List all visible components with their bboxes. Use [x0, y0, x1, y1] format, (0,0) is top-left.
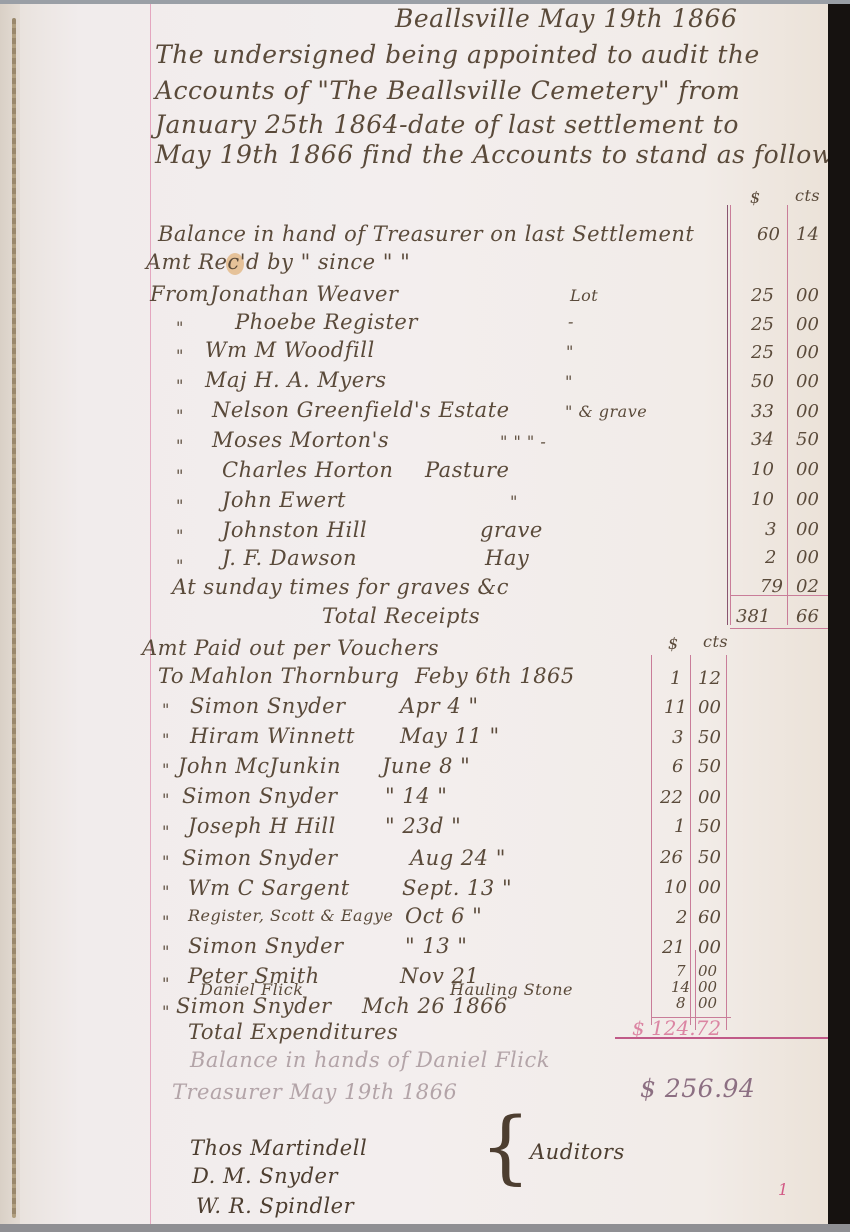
exp-name: Wm C Sargent	[188, 876, 350, 900]
receipt-cents: 00	[796, 314, 819, 335]
brace-icon: {	[480, 1100, 531, 1193]
receipt-note: "	[566, 342, 574, 361]
exp-date: June 8 "	[382, 754, 470, 778]
receipt-cents: 50	[796, 429, 819, 450]
exp-name: Register, Scott & Eagye	[188, 906, 393, 925]
place-date: Beallsville May 19th 1866	[395, 4, 737, 33]
intro-line-4: May 19th 1866 find the Accounts to stand…	[155, 140, 847, 169]
receipt-dollars: 3	[765, 519, 776, 540]
receipt-prefix: "	[176, 496, 184, 515]
exp-prefix: "	[162, 974, 170, 993]
exp-cents: 00	[698, 697, 721, 718]
exp-cents: 50	[698, 727, 721, 748]
receipt-name: Nelson Greenfield's Estate	[212, 398, 510, 422]
exp-date: Oct 6 "	[405, 904, 482, 928]
receipt-cents: 00	[796, 285, 819, 306]
exp-cents: 12	[698, 668, 721, 689]
exp-prefix: "	[162, 912, 170, 931]
receipts-rule-left	[727, 205, 728, 625]
exp-dollars: 3	[672, 727, 683, 748]
receipt-cents: 00	[796, 459, 819, 480]
exp-cents: 00	[698, 787, 721, 808]
exp-date: " 14 "	[385, 784, 447, 808]
exp-dollar-header: $	[668, 634, 679, 653]
exp-dollars: 21	[662, 937, 685, 958]
receipts-rule-left-2	[730, 205, 731, 625]
signature-3: W. R. Spindler	[196, 1194, 354, 1218]
receipt-name: Moses Morton's	[212, 428, 389, 452]
exp-name: John McJunkin	[178, 754, 341, 778]
sundry-receipts: At sunday times for graves &c	[172, 575, 509, 599]
receipt-dollars: 2	[765, 547, 776, 568]
exp-dollars: 11	[664, 697, 687, 718]
exp-name: Simon Snyder	[190, 694, 346, 718]
exp-prefix: "	[162, 760, 170, 779]
exp-name: Simon Snyder	[188, 934, 344, 958]
receipt-note: "	[510, 492, 518, 511]
receipt-name: John Ewert	[222, 488, 346, 512]
exp-name: Mahlon Thornburg	[190, 664, 399, 688]
balance-line-1: Balance in hands of Daniel Flick	[190, 1048, 550, 1072]
receipt-dollars: 25	[751, 314, 774, 335]
receipt-name: Johnston Hill	[222, 518, 367, 542]
receipts-rule-cents	[787, 205, 788, 625]
total-receipts-label: Total Receipts	[322, 604, 480, 628]
receipt-dollars: 34	[751, 429, 774, 450]
exp-prefix: "	[162, 882, 170, 901]
exp-prefix: "	[162, 852, 170, 871]
exp-date: Mch 26 1866	[362, 994, 508, 1018]
exp-date: " 13 "	[405, 934, 467, 958]
exp-name: Simon Snyder	[182, 784, 338, 808]
receipt-dollars: 33	[751, 401, 774, 422]
balance-amount: $ 256.94	[640, 1074, 755, 1103]
sundry-cents: 02	[796, 576, 819, 597]
exp-prefix: "	[162, 822, 170, 841]
exp-name: Simon Snyder	[182, 846, 338, 870]
book-cover-edge	[828, 0, 850, 1232]
exp-cents: 50	[698, 816, 721, 837]
exp-dollars: 2	[676, 907, 687, 928]
receipt-dollars: 25	[751, 342, 774, 363]
receipt-note: Lot	[570, 286, 598, 305]
exp-dollars: 6	[672, 756, 683, 777]
receipts-total-rule	[730, 628, 828, 629]
exp-dollars: 1	[670, 668, 681, 689]
exp-prefix: "	[162, 1002, 170, 1021]
receipt-prefix: "	[176, 406, 184, 425]
exp-rule-right	[726, 655, 727, 1030]
receipt-prefix: "	[176, 346, 184, 365]
exp-cents: 50	[698, 847, 721, 868]
exp-prefix: "	[162, 790, 170, 809]
signature-1: Thos Martindell	[190, 1136, 367, 1160]
sundry-dollars: 79	[760, 576, 783, 597]
receipt-name: Wm M Woodfill	[205, 338, 375, 362]
page-mark: 1	[778, 1180, 789, 1199]
exp-name: Joseph H Hill	[188, 814, 336, 838]
exp-prefix: "	[162, 700, 170, 719]
exp-dollars: 1	[674, 816, 685, 837]
amount-received-line: Amt Rec'd by " since " "	[146, 250, 410, 274]
scan-top-edge	[0, 0, 850, 4]
exp-cents: 00	[698, 877, 721, 898]
receipt-prefix: "	[176, 376, 184, 395]
receipts-dollar-header: $	[750, 188, 761, 207]
exp-date: Sept. 13 "	[402, 876, 512, 900]
receipt-name: Phoebe Register	[235, 310, 418, 334]
receipt-cents: 00	[796, 401, 819, 422]
exp-prefix: "	[162, 942, 170, 961]
receipt-note: "	[565, 372, 573, 391]
balance-on-last-settlement: Balance in hand of Treasurer on last Set…	[158, 222, 694, 246]
exp-name: Hiram Winnett	[190, 724, 355, 748]
auditors-label: Auditors	[530, 1140, 625, 1164]
receipt-dollars: 25	[751, 285, 774, 306]
total-expenditures-label: Total Expenditures	[188, 1020, 398, 1044]
receipt-dollars: 10	[751, 459, 774, 480]
total-receipts-dollars: 381	[736, 606, 770, 627]
receipt-prefix: "	[176, 318, 184, 337]
receipt-name: J. F. Dawson	[222, 546, 357, 570]
scan-bottom-edge	[0, 1224, 850, 1232]
balance-dollars: 60	[757, 224, 780, 245]
receipt-note: Hay	[485, 546, 529, 570]
exp-rule-left	[651, 655, 652, 1025]
exp-date: Aug 24 "	[410, 846, 506, 870]
intro-line-3: January 25th 1864-date of last settlemen…	[155, 110, 739, 139]
receipt-note: " " " -	[500, 432, 546, 451]
exp-cents: 50	[698, 756, 721, 777]
total-expenditures-amount: $ 124.72	[632, 1016, 721, 1040]
balance-line-2: Treasurer May 19th 1866	[172, 1080, 457, 1104]
receipt-name: Jonathan Weaver	[210, 282, 398, 306]
receipt-prefix: From	[150, 282, 209, 306]
ledger-page: Beallsville May 19th 1866 The undersigne…	[0, 0, 828, 1232]
expenditures-heading: Amt Paid out per Vouchers	[142, 636, 439, 660]
binding-stitch	[12, 18, 16, 1218]
exp-dollars: 10	[664, 877, 687, 898]
intro-line-1: The undersigned being appointed to audit…	[155, 40, 760, 69]
receipt-cents: 00	[796, 371, 819, 392]
intro-line-2: Accounts of "The Beallsville Cemetery" f…	[155, 76, 740, 105]
exp-cents: 00	[698, 937, 721, 958]
receipt-name: Maj H. A. Myers	[205, 368, 387, 392]
receipt-cents: 00	[796, 342, 819, 363]
exp-dollars: 22	[660, 787, 683, 808]
exp-date: Feby 6th 1865	[415, 664, 575, 688]
exp-date: May 11 "	[400, 724, 500, 748]
receipt-dollars: 10	[751, 489, 774, 510]
binding-edge	[0, 0, 20, 1232]
receipts-cents-header: cts	[795, 186, 820, 205]
margin-rule	[150, 0, 151, 1232]
exp-dollars: 26	[660, 847, 683, 868]
receipt-dollars: 50	[751, 371, 774, 392]
exp-date: " 23d "	[385, 814, 461, 838]
exp-cents: 00	[698, 994, 717, 1012]
receipt-cents: 00	[796, 547, 819, 568]
exp-cents: 60	[698, 907, 721, 928]
exp-prefix: To	[158, 664, 184, 688]
receipt-prefix: "	[176, 526, 184, 545]
receipt-note: -	[568, 312, 574, 331]
exp-date: Apr 4 "	[400, 694, 479, 718]
receipt-cents: 00	[796, 519, 819, 540]
exp-prefix: "	[162, 730, 170, 749]
receipt-note: " & grave	[565, 402, 647, 421]
receipt-note: Pasture	[425, 458, 509, 482]
receipt-note: grave	[480, 518, 543, 542]
total-receipts-cents: 66	[796, 606, 819, 627]
balance-cents: 14	[796, 224, 819, 245]
receipt-prefix: "	[176, 466, 184, 485]
receipt-prefix: "	[176, 436, 184, 455]
exp-dollars: 8	[676, 994, 686, 1012]
exp-rule-cents	[690, 655, 691, 1025]
receipt-prefix: "	[176, 556, 184, 575]
exp-cents-header: cts	[703, 632, 728, 651]
receipt-name: Charles Horton	[222, 458, 393, 482]
receipt-cents: 00	[796, 489, 819, 510]
exp-name: Simon Snyder	[176, 994, 332, 1018]
signature-2: D. M. Snyder	[192, 1164, 338, 1188]
